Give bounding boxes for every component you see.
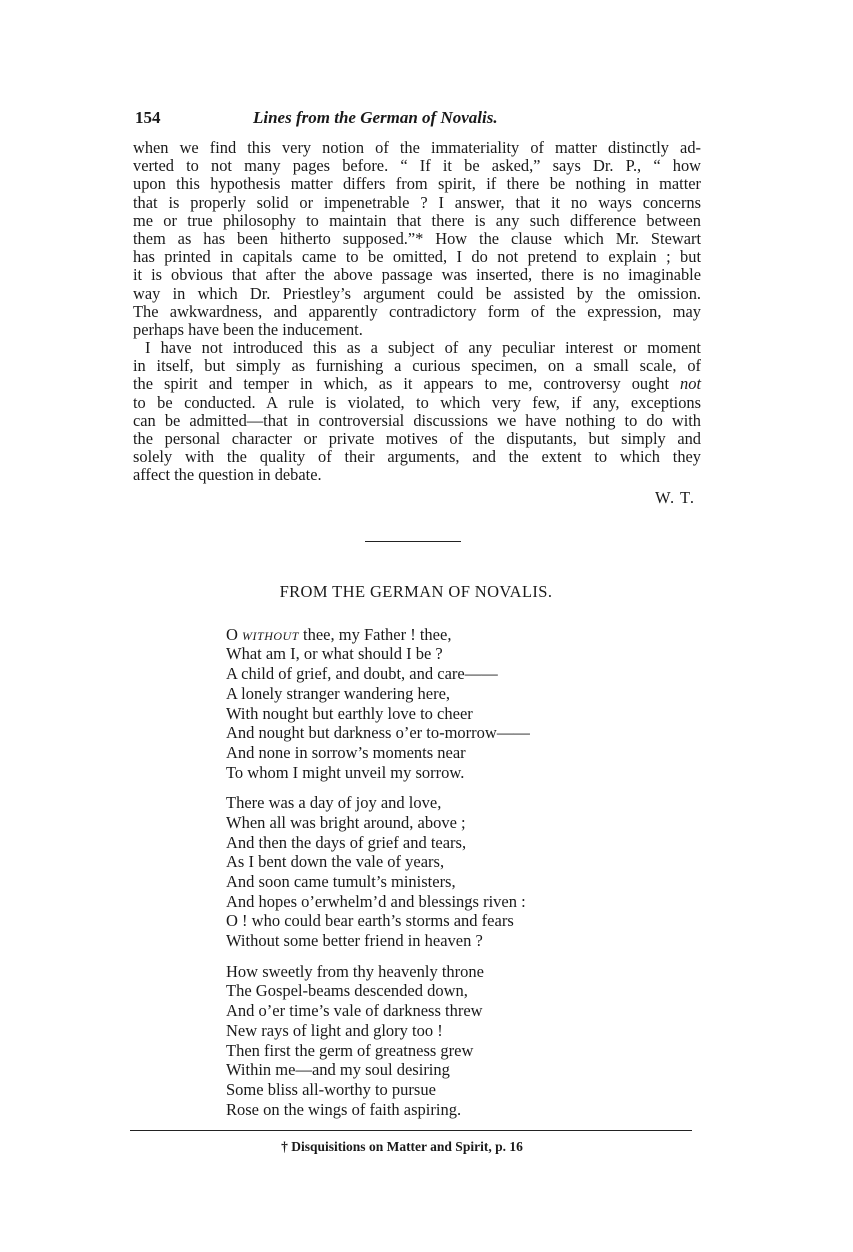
- text-line: upon this hypothesis matter differs from…: [133, 175, 701, 193]
- verse-line: And none in sorrow’s moments near: [226, 743, 701, 763]
- book-page: 154 Lines from the German of Novalis. wh…: [133, 108, 701, 1155]
- text-line: to be conducted. A rule is violated, to …: [133, 394, 701, 412]
- verse-line: As I bent down the vale of years,: [226, 852, 701, 872]
- text-line: can be admitted—that in controversial di…: [133, 412, 701, 430]
- poem: O without thee, my Father ! thee, What a…: [226, 625, 701, 1120]
- text-line: solely with the quality of their argumen…: [133, 448, 701, 466]
- text-line: I have not introduced this as a subject …: [133, 339, 701, 357]
- verse-line: And nought but darkness o’er to-morrow——: [226, 723, 701, 743]
- verse-line: With nought but earthly love to cheer: [226, 704, 701, 724]
- smallcaps-word: without: [242, 625, 299, 644]
- verse-line: A child of grief, and doubt, and care——: [226, 664, 701, 684]
- stanza-1: O without thee, my Father ! thee, What a…: [226, 625, 701, 783]
- prose-body: when we find this very notion of the imm…: [133, 139, 701, 507]
- verse-line: New rays of light and glory too !: [226, 1021, 701, 1041]
- text-line: them as has been hitherto supposed.”* Ho…: [133, 230, 701, 248]
- text-line: The awkwardness, and apparently contradi…: [133, 303, 701, 321]
- verse-line: Within me—and my soul desiring: [226, 1060, 701, 1080]
- text-line: way in which Dr. Priestley’s argument co…: [133, 285, 701, 303]
- text-line: in itself, but simply as furnishing a cu…: [133, 357, 701, 375]
- paragraph-2: I have not introduced this as a subject …: [133, 339, 701, 485]
- verse-line: And o’er time’s vale of darkness threw: [226, 1001, 701, 1021]
- verse-line: And then the days of grief and tears,: [226, 833, 701, 853]
- verse-line: O ! who could bear earth’s storms and fe…: [226, 911, 701, 931]
- paragraph-1: when we find this very notion of the imm…: [133, 139, 701, 339]
- text-line: me or true philosophy to maintain that t…: [133, 212, 701, 230]
- verse-line: Without some better friend in heaven ?: [226, 931, 701, 951]
- verse-line: Some bliss all-worthy to pursue: [226, 1080, 701, 1100]
- section-divider: [365, 541, 461, 542]
- verse-line: Rose on the wings of faith aspiring.: [226, 1100, 701, 1120]
- text-line: it is obvious that after the above passa…: [133, 266, 701, 284]
- stanza-3: How sweetly from thy heavenly throne The…: [226, 962, 701, 1120]
- text-line: the spirit and temper in which, as it ap…: [133, 375, 701, 393]
- text-line: that is properly solid or impenetrable ?…: [133, 194, 701, 212]
- initial-letter: O: [226, 625, 242, 644]
- text-line: has printed in capitals came to be omitt…: [133, 248, 701, 266]
- page-number: 154: [135, 108, 161, 128]
- verse-line: Then first the germ of greatness grew: [226, 1041, 701, 1061]
- verse-line: And hopes o’erwhelm’d and blessings rive…: [226, 892, 701, 912]
- text-line: perhaps have been the inducement.: [133, 321, 701, 339]
- verse-line: There was a day of joy and love,: [226, 793, 701, 813]
- verse-line: A lonely stranger wandering here,: [226, 684, 701, 704]
- italic-emphasis: not: [680, 374, 701, 393]
- poem-title: FROM THE GERMAN OF NOVALIS.: [131, 582, 701, 602]
- verse-line: When all was bright around, above ;: [226, 813, 701, 833]
- stanza-2: There was a day of joy and love, When al…: [226, 793, 701, 951]
- text-line: the personal character or private motive…: [133, 430, 701, 448]
- running-head: 154 Lines from the German of Novalis.: [133, 108, 701, 130]
- verse-line: To whom I might unveil my sorrow.: [226, 763, 701, 783]
- footnote-rule: [130, 1130, 692, 1131]
- verse-line: The Gospel-beams descended down,: [226, 981, 701, 1001]
- text-line: affect the question in debate.: [133, 466, 701, 484]
- verse-line: And soon came tumult’s ministers,: [226, 872, 701, 892]
- signature: W. T.: [133, 489, 701, 507]
- footnote: † Disquisitions on Matter and Spirit, p.…: [103, 1139, 701, 1155]
- text-segment: the spirit and temper in which, as it ap…: [133, 374, 669, 393]
- verse-rest: thee, my Father ! thee,: [299, 625, 452, 644]
- running-title: Lines from the German of Novalis.: [253, 108, 498, 128]
- verse-line: O without thee, my Father ! thee,: [226, 625, 701, 645]
- verse-line: What am I, or what should I be ?: [226, 644, 701, 664]
- text-line: when we find this very notion of the imm…: [133, 139, 701, 157]
- text-line: verted to not many pages before. “ If it…: [133, 157, 701, 175]
- verse-line: How sweetly from thy heavenly throne: [226, 962, 701, 982]
